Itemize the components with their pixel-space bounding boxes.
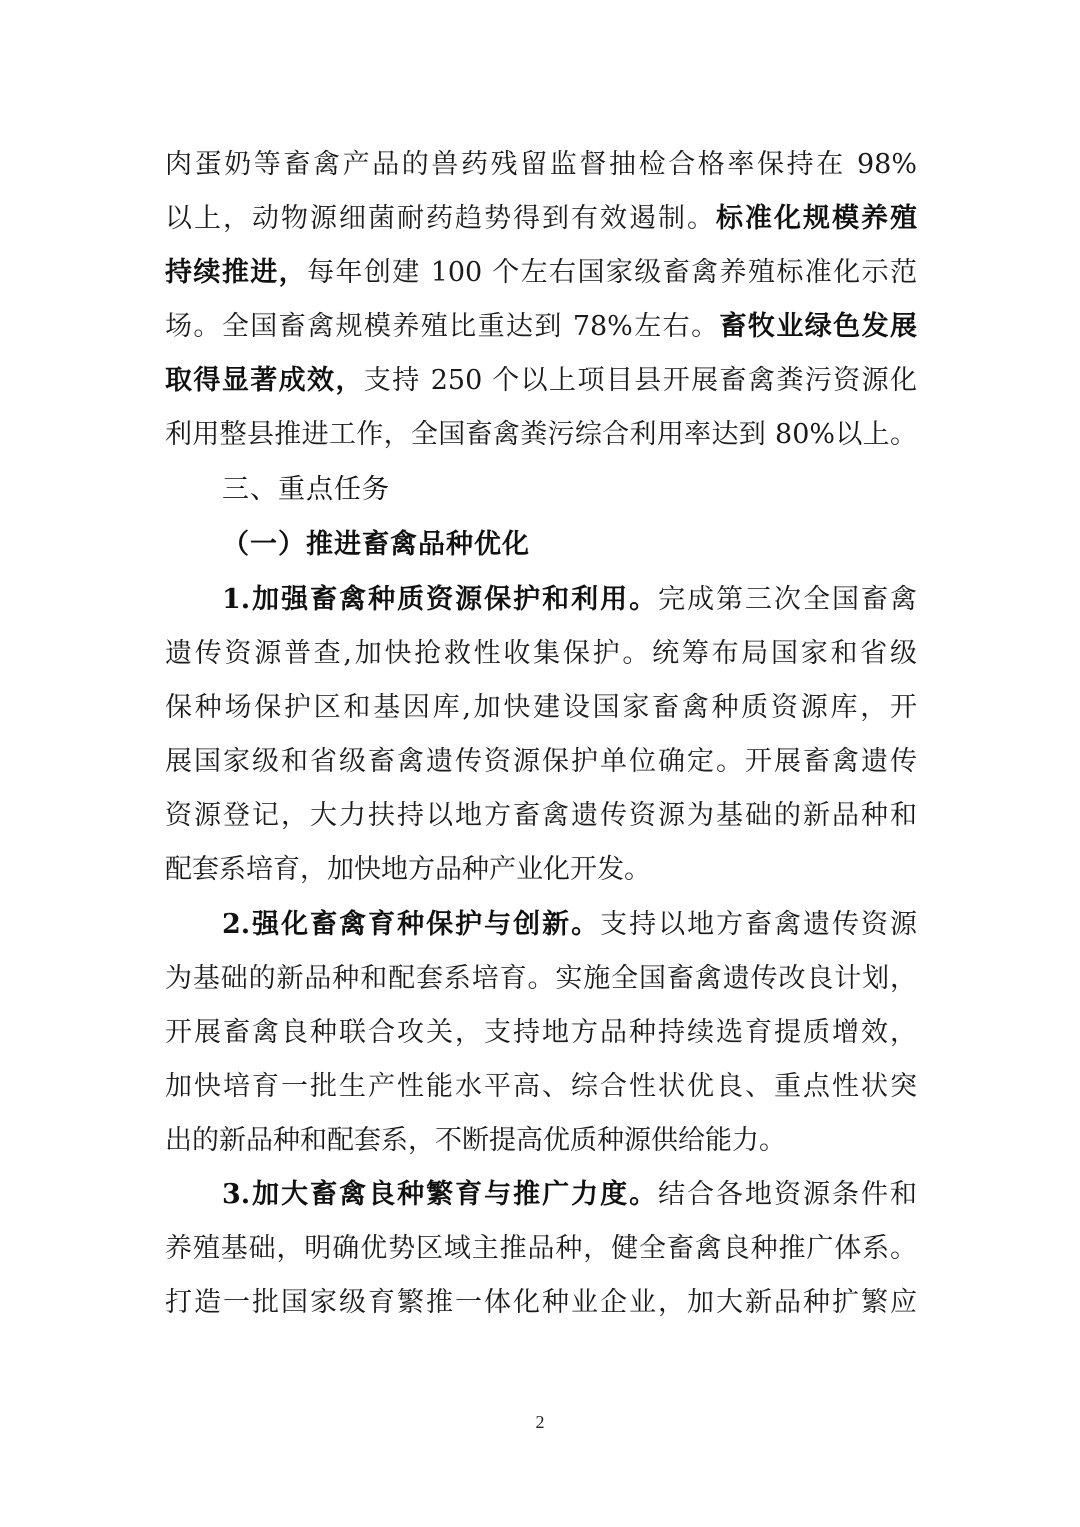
page-number: 2 xyxy=(0,1412,1080,1433)
paragraph-line: 持续推进，每年创建 100 个左右国家级畜禽养殖标准化示范 xyxy=(165,246,917,300)
paragraph-line: 取得显著成效，支持 250 个以上项目县开展畜禽粪污资源化 xyxy=(165,354,917,408)
line-text: 以上，动物源细菌耐药趋势得到有效遏制。 xyxy=(165,203,716,234)
line-text: 支持 250 个以上项目县开展畜禽粪污资源化 xyxy=(364,365,917,396)
paragraph-line: 肉蛋奶等畜禽产品的兽药残留监督抽检合格率保持在 98% xyxy=(165,138,917,192)
paragraph-line: 展国家级和省级畜禽遗传资源保护单位确定。开展畜禽遗传 xyxy=(165,735,917,789)
line-text: 肉蛋奶等畜禽产品的兽药残留监督抽检合格率保持在 98% xyxy=(165,149,917,180)
paragraph-line: 养殖基础，明确优势区域主推品种，健全畜禽良种推广体系。 xyxy=(165,1222,917,1276)
paragraph-line: 开展畜禽良种联合攻关，支持地方品种持续选育提质增效， xyxy=(165,1006,917,1060)
item-title: 1.加强畜禽种质资源保护和利用。 xyxy=(222,584,658,615)
bold-phrase: 持续推进， xyxy=(165,257,307,288)
item-2-first-line: 2.强化畜禽育种保护与创新。支持以地方畜禽遗传资源 xyxy=(222,898,917,952)
document-page: 肉蛋奶等畜禽产品的兽药残留监督抽检合格率保持在 98% 以上，动物源细菌耐药趋势… xyxy=(0,0,1080,1527)
line-text: 利用整县推进工作，全国畜禽粪污综合利用率达到 80%以上。 xyxy=(165,419,917,450)
paragraph-line: 场。全国畜禽规模养殖比重达到 78%左右。畜牧业绿色发展 xyxy=(165,300,917,354)
paragraph-line: 保种场保护区和基因库,加快建设国家畜禽种质资源库，开 xyxy=(165,681,917,735)
bold-phrase: 畜牧业绿色发展 xyxy=(720,311,918,342)
paragraph-line: 资源登记，大力扶持以地方畜禽遗传资源为基础的新品种和 xyxy=(165,789,917,843)
line-text: 完成第三次全国畜禽 xyxy=(658,584,917,615)
bold-phrase: 标准化规模养殖 xyxy=(716,203,917,234)
paragraph-line: 遗传资源普查,加快抢救性收集保护。统筹布局国家和省级 xyxy=(165,627,917,681)
line-text: 结合各地资源条件和 xyxy=(658,1179,917,1210)
section-heading: 三、重点任务 xyxy=(222,463,390,517)
subsection-heading: （一）推进畜禽品种优化 xyxy=(222,518,530,572)
paragraph-line: 打造一批国家级育繁推一体化种业企业，加大新品种扩繁应 xyxy=(165,1276,917,1330)
paragraph-line: 加快培育一批生产性能水平高、综合性状优良、重点性状突 xyxy=(165,1060,917,1114)
bold-phrase: 取得显著成效， xyxy=(165,365,364,396)
item-3-first-line: 3.加大畜禽良种繁育与推广力度。结合各地资源条件和 xyxy=(222,1168,917,1222)
paragraph-line: 出的新品种和配套系，不断提高优质种源供给能力。 xyxy=(165,1114,917,1168)
paragraph-line: 利用整县推进工作，全国畜禽粪污综合利用率达到 80%以上。 xyxy=(165,408,917,462)
item-1-first-line: 1.加强畜禽种质资源保护和利用。完成第三次全国畜禽 xyxy=(222,573,917,627)
line-text: 场。全国畜禽规模养殖比重达到 78%左右。 xyxy=(165,311,720,342)
paragraph-line: 配套系培育，加快地方品种产业化开发。 xyxy=(165,843,917,897)
item-title: 3.加大畜禽良种繁育与推广力度。 xyxy=(222,1179,658,1210)
paragraph-line: 以上，动物源细菌耐药趋势得到有效遏制。标准化规模养殖 xyxy=(165,192,917,246)
line-text: 支持以地方畜禽遗传资源 xyxy=(600,909,917,940)
item-title: 2.强化畜禽育种保护与创新。 xyxy=(222,909,600,940)
line-text: 每年创建 100 个左右国家级畜禽养殖标准化示范 xyxy=(307,257,917,288)
paragraph-line: 为基础的新品种和配套系培育。实施全国畜禽遗传改良计划， xyxy=(165,952,917,1006)
